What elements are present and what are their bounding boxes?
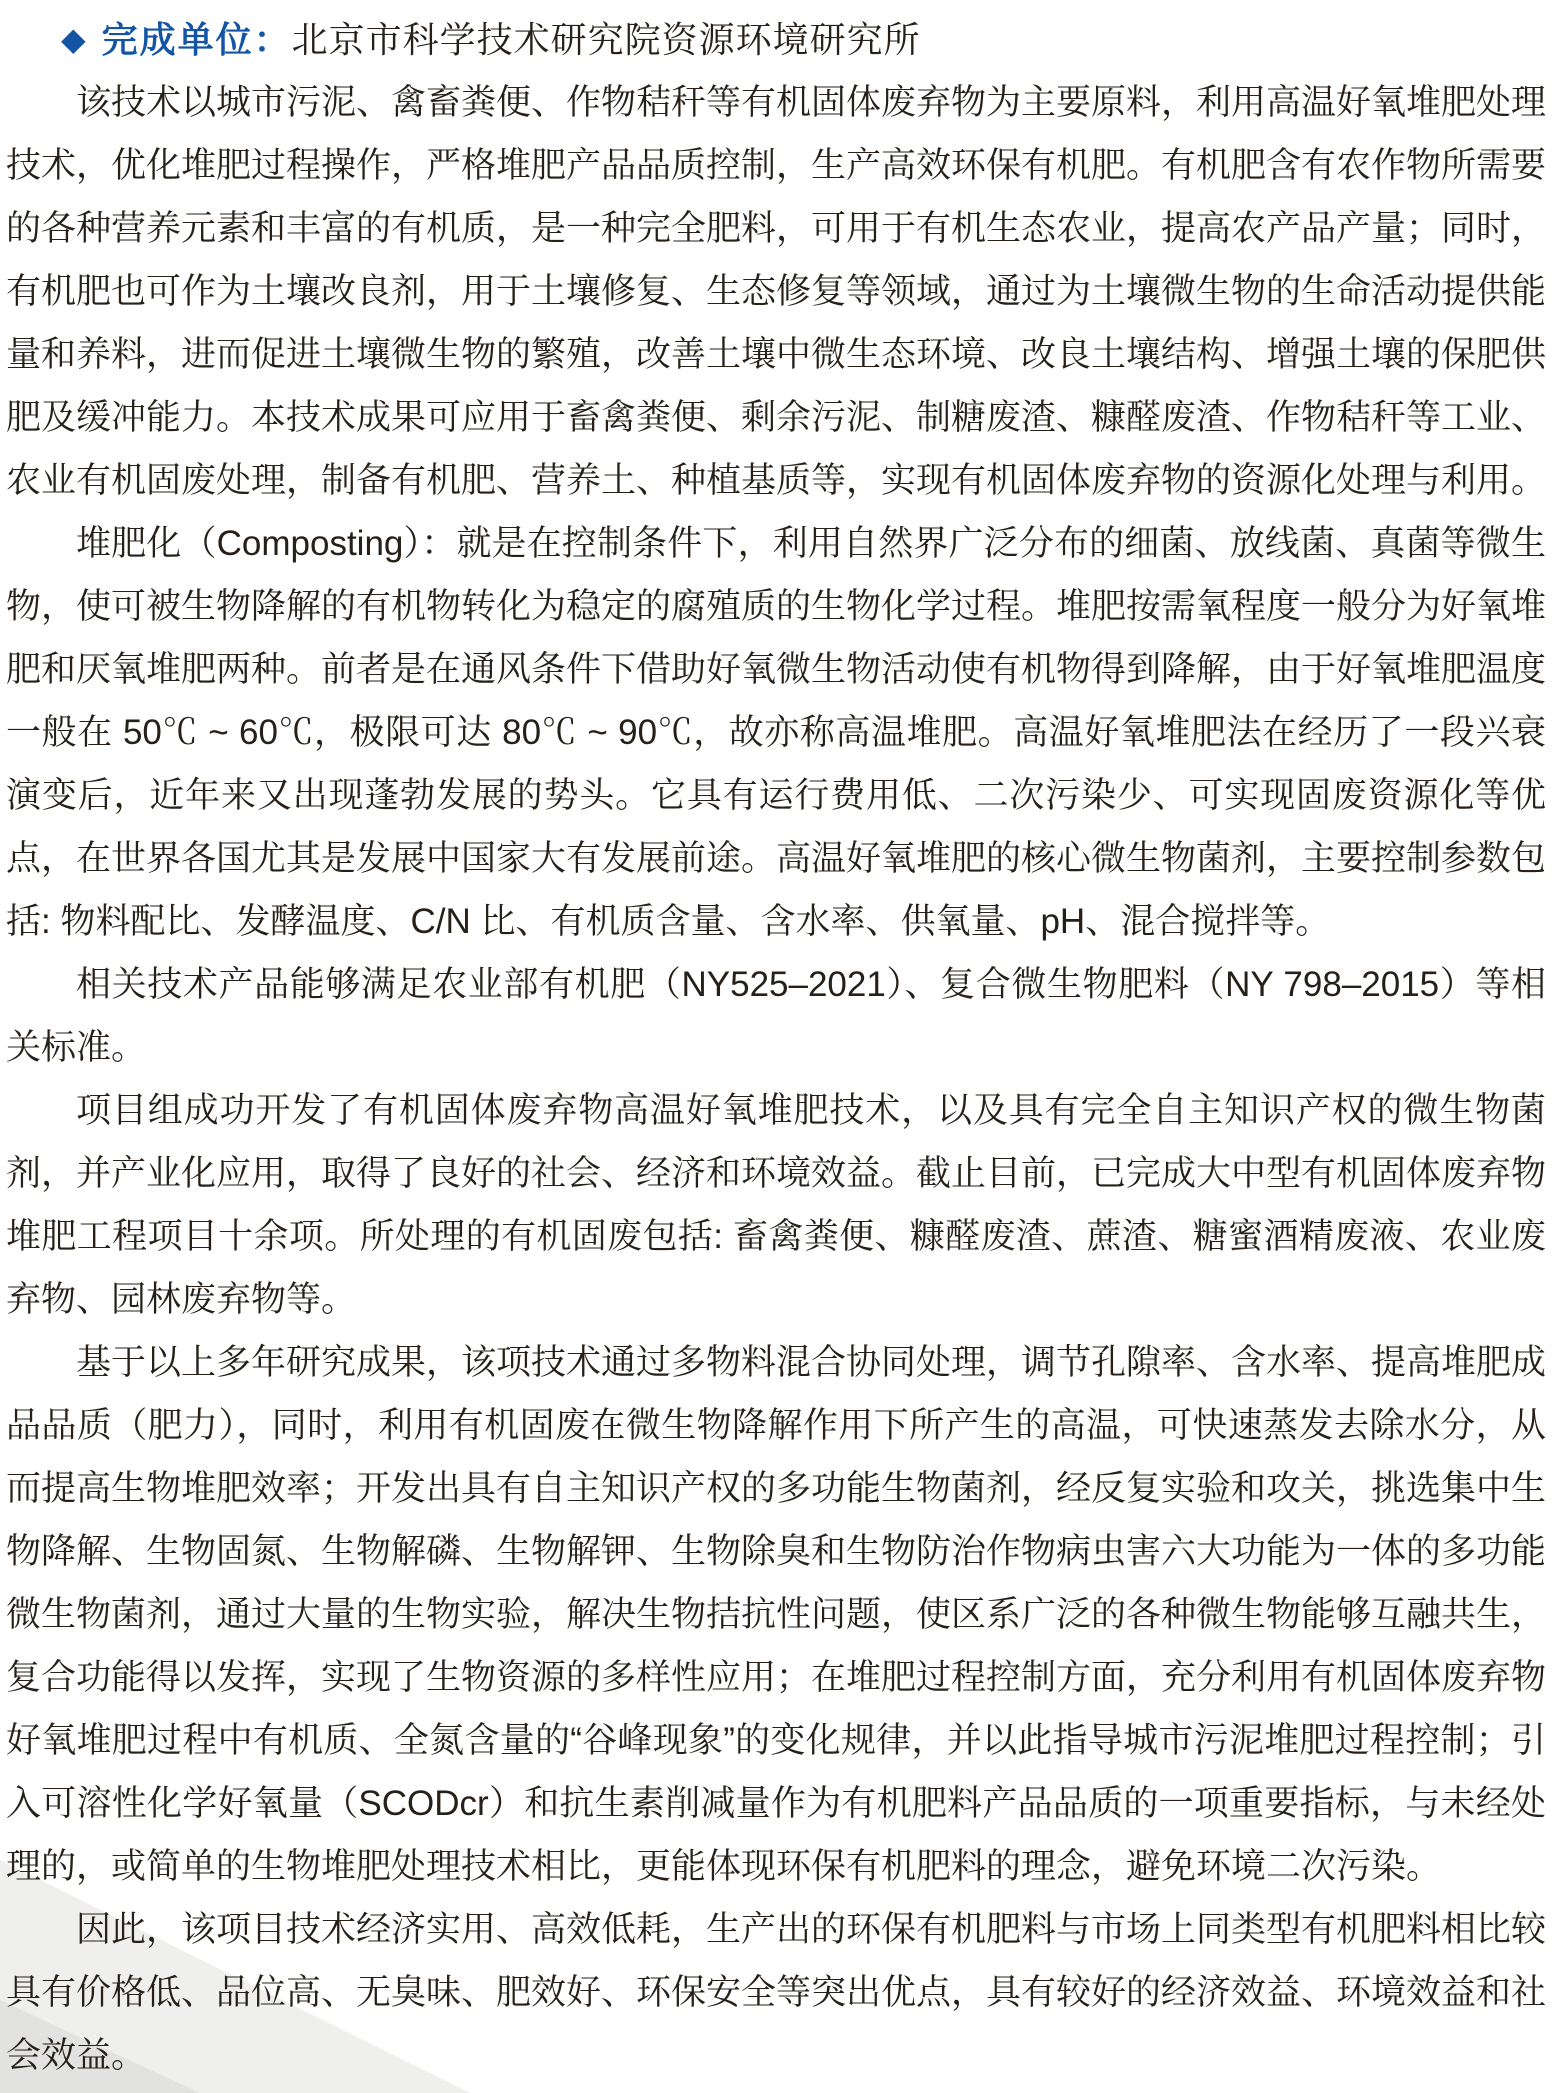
diamond-bullet-icon: ◆	[61, 21, 86, 57]
paragraph-composting-definition: 堆肥化（Composting）：就是在控制条件下，利用自然界广泛分布的细菌、放线…	[6, 512, 1546, 953]
document-page: { "page": { "background_color": "#ffffff…	[0, 0, 1556, 2093]
completion-unit-header: ◆完成单位：北京市科学技术研究院资源环境研究所	[6, 8, 1546, 71]
paragraph-research-results: 基于以上多年研究成果，该项技术通过多物料混合协同处理，调节孔隙率、含水率、提高堆…	[6, 1331, 1546, 1898]
document-body: ◆完成单位：北京市科学技术研究院资源环境研究所 该技术以城市污泥、禽畜粪便、作物…	[0, 0, 1556, 2087]
paragraph-project-achievements: 项目组成功开发了有机固体废弃物高温好氧堆肥技术，以及具有完全自主知识产权的微生物…	[6, 1079, 1546, 1331]
paragraph-standards: 相关技术产品能够满足农业部有机肥（NY525–2021）、复合微生物肥料（NY …	[6, 953, 1546, 1079]
completion-unit-label: 完成单位：	[102, 19, 292, 60]
completion-unit-value: 北京市科学技术研究院资源环境研究所	[292, 19, 921, 60]
paragraph-conclusion: 因此，该项目技术经济实用、高效低耗，生产出的环保有机肥料与市场上同类型有机肥料相…	[6, 1898, 1546, 2087]
paragraph-technology-overview: 该技术以城市污泥、禽畜粪便、作物秸秆等有机固体废弃物为主要原料，利用高温好氧堆肥…	[6, 71, 1546, 512]
